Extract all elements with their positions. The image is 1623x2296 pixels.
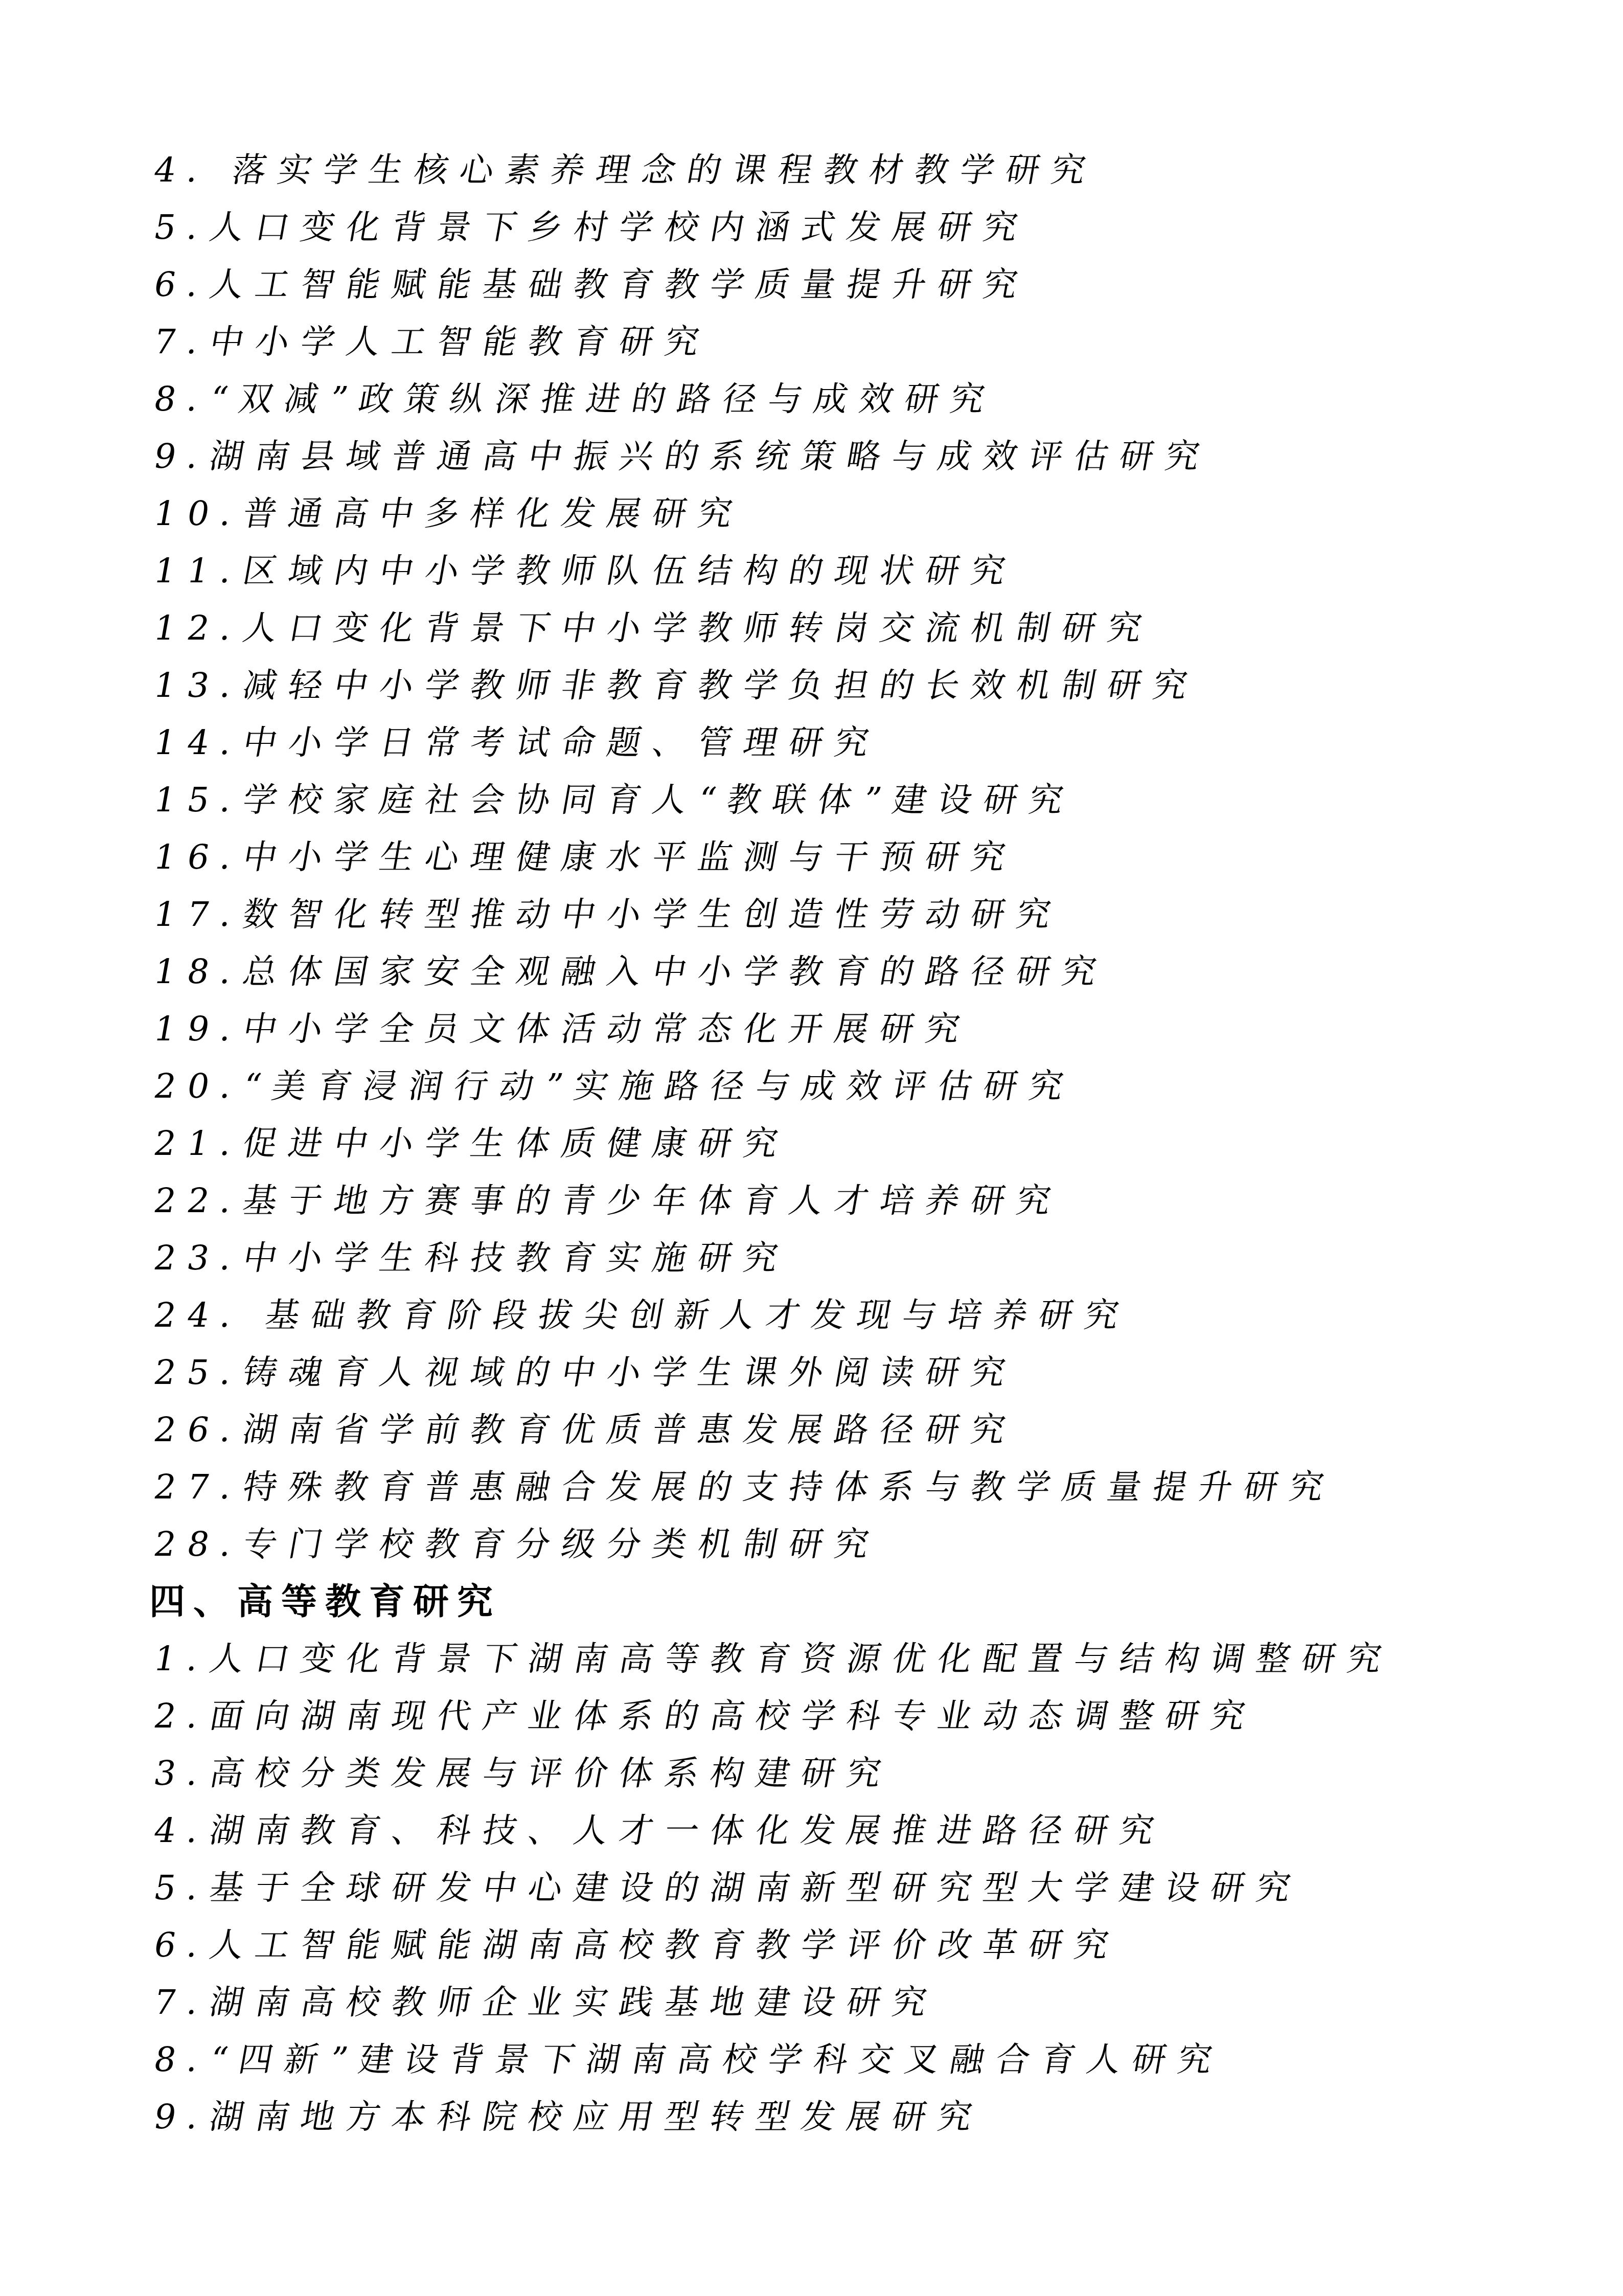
list-item: 16.中小学生心理健康水平监测与干预研究 <box>149 829 1603 886</box>
list-item: 3.高校分类发展与评价体系构建研究 <box>149 1745 1603 1802</box>
list-item: 7.湖南高校教师企业实践基地建设研究 <box>149 1974 1603 2031</box>
list-item: 2.面向湖南现代产业体系的高校学科专业动态调整研究 <box>149 1688 1603 1745</box>
list-item: 9.湖南地方本科院校应用型转型发展研究 <box>149 2088 1603 2146</box>
list-item: 11.区域内中小学教师队伍结构的现状研究 <box>149 542 1603 600</box>
list-item: 13.减轻中小学教师非教育教学负担的长效机制研究 <box>149 657 1603 714</box>
list-item: 1.人口变化背景下湖南高等教育资源优化配置与结构调整研究 <box>149 1630 1603 1688</box>
list-item: 5.基于全球研发中心建设的湖南新型研究型大学建设研究 <box>149 1859 1603 1917</box>
list-item: 21.促进中小学生体质健康研究 <box>149 1115 1603 1172</box>
list-item: 7.中小学人工智能教育研究 <box>149 313 1603 371</box>
list-item: 23.中小学生科技教育实施研究 <box>149 1230 1603 1287</box>
list-item: 5.人口变化背景下乡村学校内涵式发展研究 <box>149 199 1603 256</box>
list-item: 26.湖南省学前教育优质普惠发展路径研究 <box>149 1401 1603 1459</box>
list-item: 18.总体国家安全观融入中小学教育的路径研究 <box>149 943 1603 1001</box>
list-item: 17.数智化转型推动中小学生创造性劳动研究 <box>149 886 1603 943</box>
list-item: 4. 落实学生核心素养理念的课程教材教学研究 <box>149 142 1603 199</box>
list-item: 24. 基础教育阶段拔尖创新人才发现与培养研究 <box>149 1287 1603 1344</box>
list-item: 9.湖南县域普通高中振兴的系统策略与成效评估研究 <box>149 428 1603 485</box>
list-item: 8.“四新”建设背景下湖南高校学科交叉融合育人研究 <box>149 2031 1603 2088</box>
list-item: 28.专门学校教育分级分类机制研究 <box>149 1516 1603 1573</box>
document-page: 4. 落实学生核心素养理念的课程教材教学研究 5.人口变化背景下乡村学校内涵式发… <box>0 0 1623 2296</box>
list-item: 22.基于地方赛事的青少年体育人才培养研究 <box>149 1172 1603 1230</box>
section-heading: 四、高等教育研究 <box>149 1573 1592 1630</box>
list-item: 27.特殊教育普惠融合发展的支持体系与教学质量提升研究 <box>149 1459 1603 1516</box>
list-item: 25.铸魂育人视域的中小学生课外阅读研究 <box>149 1344 1603 1401</box>
list-item: 12.人口变化背景下中小学教师转岗交流机制研究 <box>149 600 1603 657</box>
list-item: 14.中小学日常考试命题、管理研究 <box>149 714 1603 771</box>
list-item: 19.中小学全员文体活动常态化开展研究 <box>149 1001 1603 1058</box>
list-item: 4.湖南教育、科技、人才一体化发展推进路径研究 <box>149 1802 1603 1859</box>
list-item: 8.“双减”政策纵深推进的路径与成效研究 <box>149 371 1603 428</box>
list-item: 6.人工智能赋能基础教育教学质量提升研究 <box>149 256 1603 313</box>
list-item: 20.“美育浸润行动”实施路径与成效评估研究 <box>149 1058 1603 1115</box>
list-item: 10.普通高中多样化发展研究 <box>149 485 1603 542</box>
list-item: 6.人工智能赋能湖南高校教育教学评价改革研究 <box>149 1917 1603 1974</box>
list-item: 15.学校家庭社会协同育人“教联体”建设研究 <box>149 771 1603 829</box>
